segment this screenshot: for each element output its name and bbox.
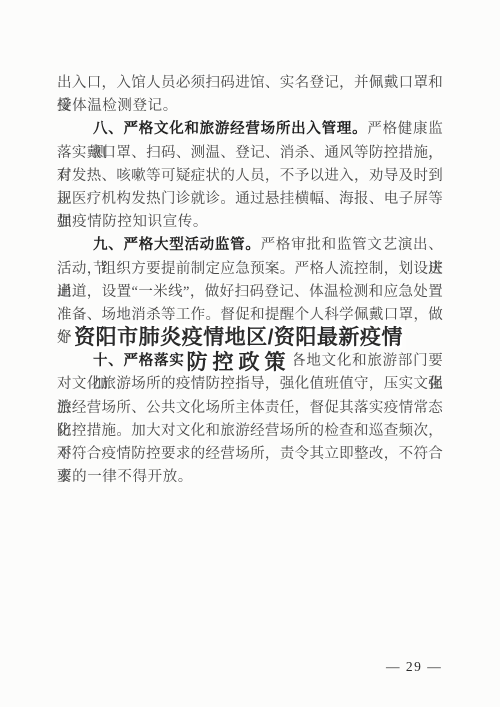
document-line: 防控措施。加大对文化和旅游经营场所的检查和巡查频次，对 — [57, 420, 443, 443]
document-line: 出入口，入馆人员必须扫码进馆、实名登记，并佩戴口罩和接 — [57, 72, 443, 95]
document-line: 受体温检测登记。 — [57, 95, 443, 118]
body-text: 求的一律不得开放。 — [57, 469, 193, 485]
document-line: 活动，组织方要提前制定应急预案。严格人流控制，划设进出 — [57, 258, 443, 281]
document-line: 通道，设置“一米线”，做好扫码登记、体温检测和应急处置 — [57, 281, 443, 304]
watermark-title-line2: 防控政策 — [0, 350, 477, 375]
watermark-title-line1-text: 资阳市肺炎疫情地区/资阳最新疫情 — [71, 325, 406, 350]
page-number: — 29 — — [386, 659, 442, 675]
body-text: 通道，设置“一米线”，做好扫码登记、体温检测和应急处置 — [57, 284, 443, 300]
document-line: 强疫情防控知识宣传。 — [57, 211, 443, 234]
document-line: 规医疗机构发热门诊就诊。通过悬挂横幅、海报、电子屏等加 — [57, 188, 443, 211]
document-line: 落实戴口罩、扫码、测温、登记、消杀、通风等防控措施，对 — [57, 142, 443, 165]
paragraph-heading-text: 八、严格文化和旅游经营场所出入管理。 — [93, 121, 367, 137]
document-line: 准备、场地消杀等工作。督促和提醒个人科学佩戴口罩，做好 — [57, 304, 443, 327]
document-line: 游经营场所、公共文化场所主体责任，督促其落实疫情常态化 — [57, 397, 443, 420]
watermark-title-line1: 资阳市肺炎疫情地区/资阳最新疫情 — [0, 325, 477, 350]
body-text: 受体温检测登记。 — [57, 98, 178, 114]
document-page: 出入口，入馆人员必须扫码进馆、实名登记，并佩戴口罩和接受体温检测登记。八、严格文… — [0, 0, 500, 707]
watermark-title-line2-text: 防控政策 — [184, 350, 294, 375]
document-line: 有发热、咳嗽等可疑症状的人员，不予以进入，劝导及时到正 — [57, 165, 443, 188]
document-line: 对文化旅游场所的疫情防控指导，强化值班值守，压实文化旅 — [57, 373, 443, 396]
document-line: 九、严格大型活动监管。严格审批和监管文艺演出、节庆 — [57, 234, 443, 257]
paragraph-heading-text: 九、严格大型活动监管。 — [93, 237, 261, 253]
watermark-title: 资阳市肺炎疫情地区/资阳最新疫情 防控政策 — [0, 325, 477, 375]
body-text: 强疫情防控知识宣传。 — [57, 214, 208, 230]
document-line: 不符合疫情防控要求的经营场所，责令其立即整改，不符合要 — [57, 443, 443, 466]
document-line: 求的一律不得开放。 — [57, 466, 443, 489]
document-line: 八、严格文化和旅游经营场所出入管理。严格健康监测， — [57, 118, 443, 141]
document-body: 出入口，入馆人员必须扫码进馆、实名登记，并佩戴口罩和接受体温检测登记。八、严格文… — [57, 72, 443, 489]
